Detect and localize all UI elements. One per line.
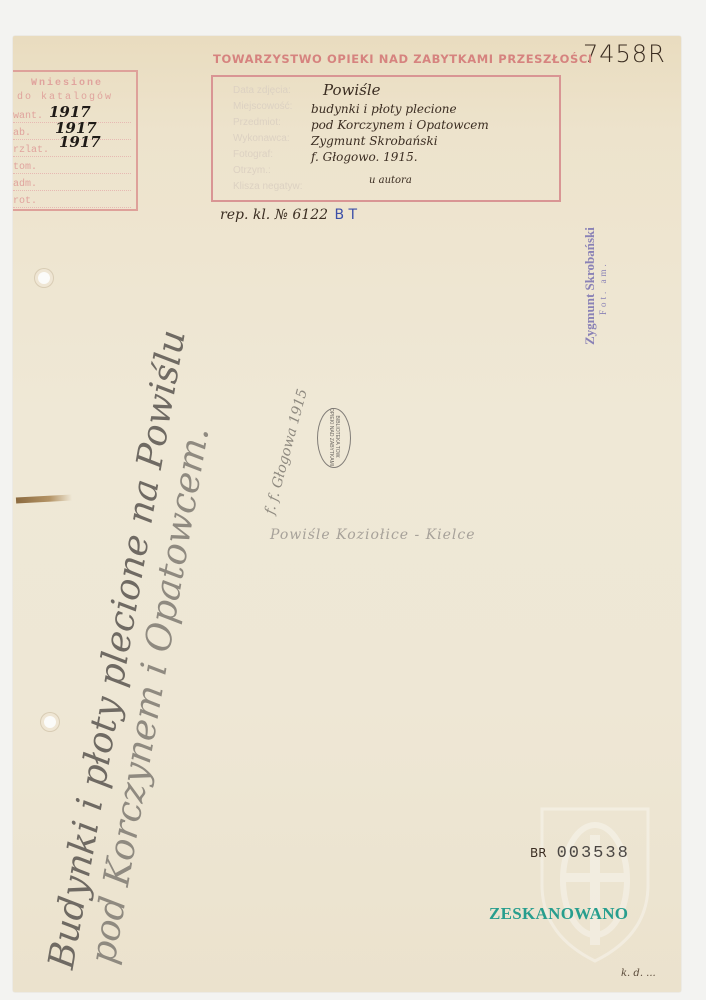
handwritten-line: pod Korczynem i Opatowcem	[311, 117, 561, 133]
catalog-rows: want. 1917 ab. 1917 rzlat. 1917 tom. adm…	[13, 106, 131, 208]
form-label: Wykonawca:	[233, 131, 302, 147]
catalog-row-value: 1917	[49, 104, 91, 120]
catalog-row-label: rzlat.	[13, 145, 49, 156]
inventory-number: 7458R	[583, 40, 666, 68]
catalog-row: tom.	[13, 157, 131, 174]
scanned-stamp: ZESKANOWANO	[489, 904, 628, 924]
form-label: Data zdjęcia:	[233, 83, 302, 99]
photographer-subtitle: Fot. am.	[598, 227, 608, 315]
form-label: Klisza negatyw:	[233, 179, 302, 195]
catalog-row-value: 1917	[59, 134, 101, 150]
catalog-stamp-box: Wniesione do katalogów want. 1917 ab. 19…	[13, 70, 138, 211]
catalog-prefix: BR	[530, 846, 547, 860]
corner-note: k. d. ...	[621, 968, 656, 979]
library-oval-stamp: BIBLIOTEKA TOW. OPIEKI NAD ZABYTKAMI	[317, 408, 351, 468]
catalog-row-label: want.	[13, 111, 43, 122]
handwritten-place: Powiśle	[323, 81, 381, 99]
form-label: Przedmiot:	[233, 115, 302, 131]
catalog-number-value: 003538	[557, 844, 630, 863]
form-label: Miejscowość:	[233, 99, 302, 115]
location-note: Powiśle Koziołice - Kielce	[270, 527, 476, 543]
shield-watermark-icon	[538, 805, 652, 965]
stamp-form-labels: Data zdjęcia: Miejscowość: Przedmiot: Wy…	[233, 83, 302, 195]
society-stamp-title: TOWARZYSTWO OPIEKI NAD ZABYTKAMI PRZESZŁ…	[213, 52, 593, 66]
library-stamp-text: BIBLIOTEKA TOW. OPIEKI NAD ZABYTKAMI	[328, 407, 340, 467]
catalog-row: rot.	[13, 191, 131, 208]
handwritten-line: f. Głogowo. 1915.	[311, 149, 561, 165]
form-label: Otrzym.:	[233, 163, 302, 179]
catalog-stamp-title: Wniesione	[31, 78, 103, 89]
handwritten-description: budynki i płoty plecione pod Korczynem i…	[311, 101, 561, 165]
catalog-row-label: rot.	[13, 196, 37, 207]
register-number: rep. kl. № 6122	[220, 207, 328, 223]
photographer-stamp: Zygmunt Skrobański Fot. am.	[582, 227, 608, 345]
punch-hole-top	[38, 272, 50, 284]
catalog-row-label: adm.	[13, 179, 37, 190]
register-note: rep. kl. № 6122 B T	[220, 207, 357, 223]
handwritten-line: Zygmunt Skrobański	[311, 133, 561, 149]
handwritten-line: budynki i płoty plecione	[311, 101, 561, 117]
catalog-stamp-subtitle: do katalogów	[17, 92, 113, 103]
catalog-number: BR 003538	[530, 844, 630, 863]
catalog-row: rzlat. 1917	[13, 140, 131, 157]
photographer-name: Zygmunt Skrobański	[582, 227, 598, 345]
register-blue-marks: B T	[334, 207, 357, 223]
catalog-row-label: tom.	[13, 162, 37, 173]
catalog-row-label: ab.	[13, 128, 31, 139]
catalog-row: adm.	[13, 174, 131, 191]
punch-hole-bottom	[44, 716, 56, 728]
form-label: Fotograf:	[233, 147, 302, 163]
society-stamp-box: Data zdjęcia: Miejscowość: Przedmiot: Wy…	[211, 75, 561, 202]
handwritten-source: u autora	[369, 175, 412, 186]
